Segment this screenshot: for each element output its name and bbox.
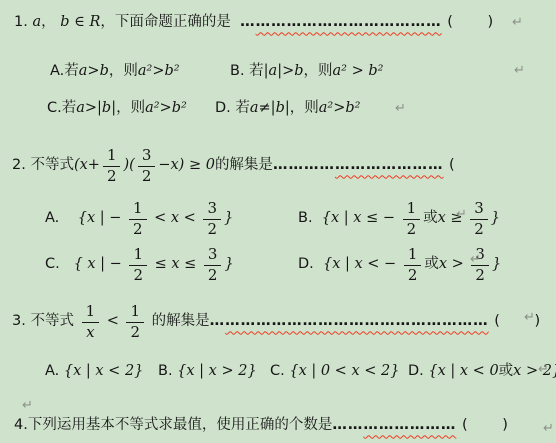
- option-letter: D.: [298, 256, 314, 273]
- text-segment: {x | x < −: [323, 256, 401, 273]
- paragraph-mark: ↵: [470, 252, 481, 267]
- text-segment: {x | x ≤ −: [322, 210, 400, 227]
- option-letter: A.: [45, 210, 59, 227]
- fraction: 32: [204, 245, 222, 285]
- answer-blank: ( ): [442, 14, 495, 31]
- text-segment: a≠|b|: [250, 100, 290, 117]
- text-segment: ，则: [290, 100, 319, 117]
- text-segment: }: [492, 256, 501, 273]
- fraction: 12: [403, 199, 421, 239]
- text-segment: [314, 256, 323, 273]
- text-segment: }: [491, 210, 500, 227]
- fraction-numerator: 3: [203, 199, 221, 220]
- question-3-option-d: D. {x | x < 0或x > 2}: [408, 360, 556, 384]
- text-segment: 不等式: [30, 313, 78, 330]
- text-segment: ，: [100, 14, 115, 31]
- text-segment: R: [89, 14, 100, 31]
- text-segment: 或: [424, 256, 439, 273]
- fraction-numerator: 1: [126, 302, 144, 323]
- answer-blank: (: [443, 157, 455, 174]
- option-letter: C.: [45, 256, 60, 273]
- text-segment: 或: [423, 210, 438, 227]
- text-segment: {x | 0 < x < 2}: [289, 363, 399, 380]
- text-segment: ，则: [109, 63, 138, 80]
- text-segment: x >: [439, 256, 469, 273]
- paragraph-mark: ↵: [538, 362, 549, 377]
- question-number: 2.: [12, 157, 30, 174]
- text-segment: −x) ≥ 0: [158, 157, 215, 174]
- option-letter: C.: [47, 100, 62, 117]
- question-number: 3.: [12, 313, 30, 330]
- fraction: 1x: [82, 302, 100, 342]
- text-segment: ，则: [304, 63, 333, 80]
- document-page: 1. a， b ∈ R，下面命题正确的是 ………………………………… ( ) A…: [0, 0, 556, 443]
- text-segment: {x | x < 0: [428, 363, 498, 380]
- question-3-stem: 3. 不等式 1x < 12 的解集是……………………………………………… ( …: [12, 299, 541, 345]
- fraction-denominator: 2: [471, 266, 489, 286]
- text-segment: 若: [235, 100, 250, 117]
- paragraph-mark: ↵: [524, 310, 535, 325]
- option-letter: A.: [50, 63, 64, 80]
- text-segment: a>b: [79, 63, 109, 80]
- text-segment: }: [224, 256, 233, 273]
- paragraph-mark: ↵: [395, 101, 406, 116]
- text-segment: }: [224, 210, 233, 227]
- question-number: 1.: [14, 14, 32, 31]
- question-number: 4.: [14, 417, 28, 434]
- fraction: 32: [138, 146, 156, 186]
- fraction-denominator: 2: [129, 220, 147, 240]
- text-segment: <: [102, 313, 123, 330]
- dot-leader: …: [210, 313, 226, 330]
- fraction-denominator: 2: [470, 220, 488, 240]
- text-segment: 若: [64, 63, 79, 80]
- fraction-numerator: 1: [103, 146, 121, 167]
- option-letter: C.: [270, 363, 285, 380]
- dot-leader: …: [240, 14, 256, 31]
- fraction-denominator: 2: [126, 323, 144, 343]
- option-letter: B.: [158, 363, 173, 380]
- fraction-denominator: 2: [103, 167, 121, 187]
- fraction: 12: [404, 245, 422, 285]
- fraction-numerator: 1: [82, 302, 100, 323]
- text-segment: a²>b²: [138, 63, 180, 80]
- text-segment: 或: [499, 363, 514, 380]
- question-1-stem: 1. a， b ∈ R，下面命题正确的是 ………………………………… ( ): [14, 11, 494, 35]
- option-letter: B.: [298, 210, 313, 227]
- text-segment: a² > b²: [333, 63, 384, 80]
- option-letter: D.: [215, 100, 235, 117]
- fraction-numerator: 1: [403, 199, 421, 220]
- fraction-denominator: 2: [404, 266, 422, 286]
- text-segment: [313, 210, 322, 227]
- fraction-denominator: 2: [138, 167, 156, 187]
- text-segment: (x+: [74, 157, 100, 174]
- question-2-option-a: A. {x | − 12 < x < 32}: [45, 198, 233, 240]
- fraction-numerator: 3: [138, 146, 156, 167]
- question-1-option-a: A.若a>b，则a²>b²: [50, 58, 180, 86]
- text-segment: ，则: [116, 100, 145, 117]
- dot-leader-squiggled: ………………: [363, 417, 456, 434]
- text-segment: [59, 210, 77, 227]
- fraction-numerator: 3: [204, 245, 222, 266]
- option-letter: A.: [45, 363, 59, 380]
- fraction-denominator: 2: [129, 266, 147, 286]
- text-segment: {x | x < 2}: [64, 363, 144, 380]
- fraction: 12: [129, 199, 147, 239]
- dot-leader-squiggled: …………………: [335, 157, 444, 174]
- question-1-option-b: B. 若|a|>b，则a² > b²: [230, 58, 383, 86]
- paragraph-mark: ↵: [22, 398, 33, 413]
- question-2-option-b: B. {x | x ≤ − 12或x ≥ 32}: [298, 198, 500, 240]
- text-segment: 若: [62, 100, 77, 117]
- question-2-option-c: C. { x | − 12 ≤ x ≤ 32}: [45, 244, 234, 286]
- text-segment: 的解集是: [215, 157, 273, 174]
- answer-blank: ( ): [456, 417, 509, 434]
- text-segment: 若: [249, 63, 264, 80]
- text-segment: )(: [123, 157, 134, 174]
- fraction-denominator: 2: [403, 220, 421, 240]
- paragraph-mark: ↵: [512, 15, 523, 30]
- question-1-option-d: D. 若a≠|b|，则a²>b²: [215, 95, 360, 123]
- fraction-denominator: 2: [203, 220, 221, 240]
- dot-leader-squiggled: ……………………………………………: [225, 313, 489, 330]
- text-segment: a>|b|: [76, 100, 116, 117]
- fraction: 12: [129, 245, 147, 285]
- text-segment: b: [60, 14, 69, 31]
- question-3-option-c: C. {x | 0 < x < 2}: [270, 360, 399, 384]
- fraction: 12: [126, 302, 144, 342]
- text-segment: 不等式: [30, 157, 74, 174]
- text-segment: 的解集是: [147, 313, 210, 330]
- text-segment: { x | −: [74, 256, 127, 273]
- text-segment: ，: [41, 14, 60, 31]
- text-segment: ≤ x ≤: [150, 256, 201, 273]
- paragraph-mark: ↵: [514, 63, 525, 78]
- text-segment: < x <: [150, 210, 201, 227]
- question-1-option-c: C.若a>|b|，则a²>b²: [47, 95, 187, 123]
- question-2-stem: 2. 不等式(x+12)(32−x) ≥ 0的解集是…………………………… (: [12, 142, 456, 190]
- fraction: 12: [103, 146, 121, 186]
- fraction-denominator: 2: [204, 266, 222, 286]
- fraction-numerator: 1: [404, 245, 422, 266]
- dot-leader: ……: [332, 417, 363, 434]
- fraction: 32: [470, 199, 488, 239]
- question-3-option-a: A. {x | x < 2}: [45, 360, 143, 384]
- fraction-numerator: 3: [470, 199, 488, 220]
- text-segment: a²>b²: [319, 100, 361, 117]
- dot-leader-squiggled: ………………………………: [256, 14, 442, 31]
- fraction: 32: [203, 199, 221, 239]
- text-segment: {x | −: [78, 210, 126, 227]
- option-letter: B.: [230, 63, 249, 80]
- question-4-stem: 4.下列运用基本不等式求最值，使用正确的个数是…………………… ( ): [14, 414, 509, 438]
- paragraph-mark: ↵: [543, 421, 554, 436]
- text-segment: a: [32, 14, 41, 31]
- paragraph-mark: ↵: [456, 207, 467, 222]
- dot-leader: …………: [273, 157, 335, 174]
- text-segment: |a|>b: [264, 63, 304, 80]
- text-segment: [60, 256, 74, 273]
- text-segment: a²>b²: [145, 100, 187, 117]
- fraction-denominator: x: [82, 323, 98, 343]
- fraction-numerator: 1: [129, 245, 147, 266]
- text-segment: 下面命题正确的是: [115, 14, 231, 31]
- text-segment: [231, 14, 240, 31]
- question-3-option-b: B. {x | x > 2}: [158, 360, 257, 384]
- text-segment: ∈: [70, 14, 90, 31]
- text-segment: 下列运用基本不等式求最值，使用正确的个数是: [28, 417, 333, 434]
- text-segment: x > 2}: [513, 363, 556, 380]
- fraction-numerator: 1: [129, 199, 147, 220]
- option-letter: D.: [408, 363, 424, 380]
- text-segment: {x | x > 2}: [177, 363, 257, 380]
